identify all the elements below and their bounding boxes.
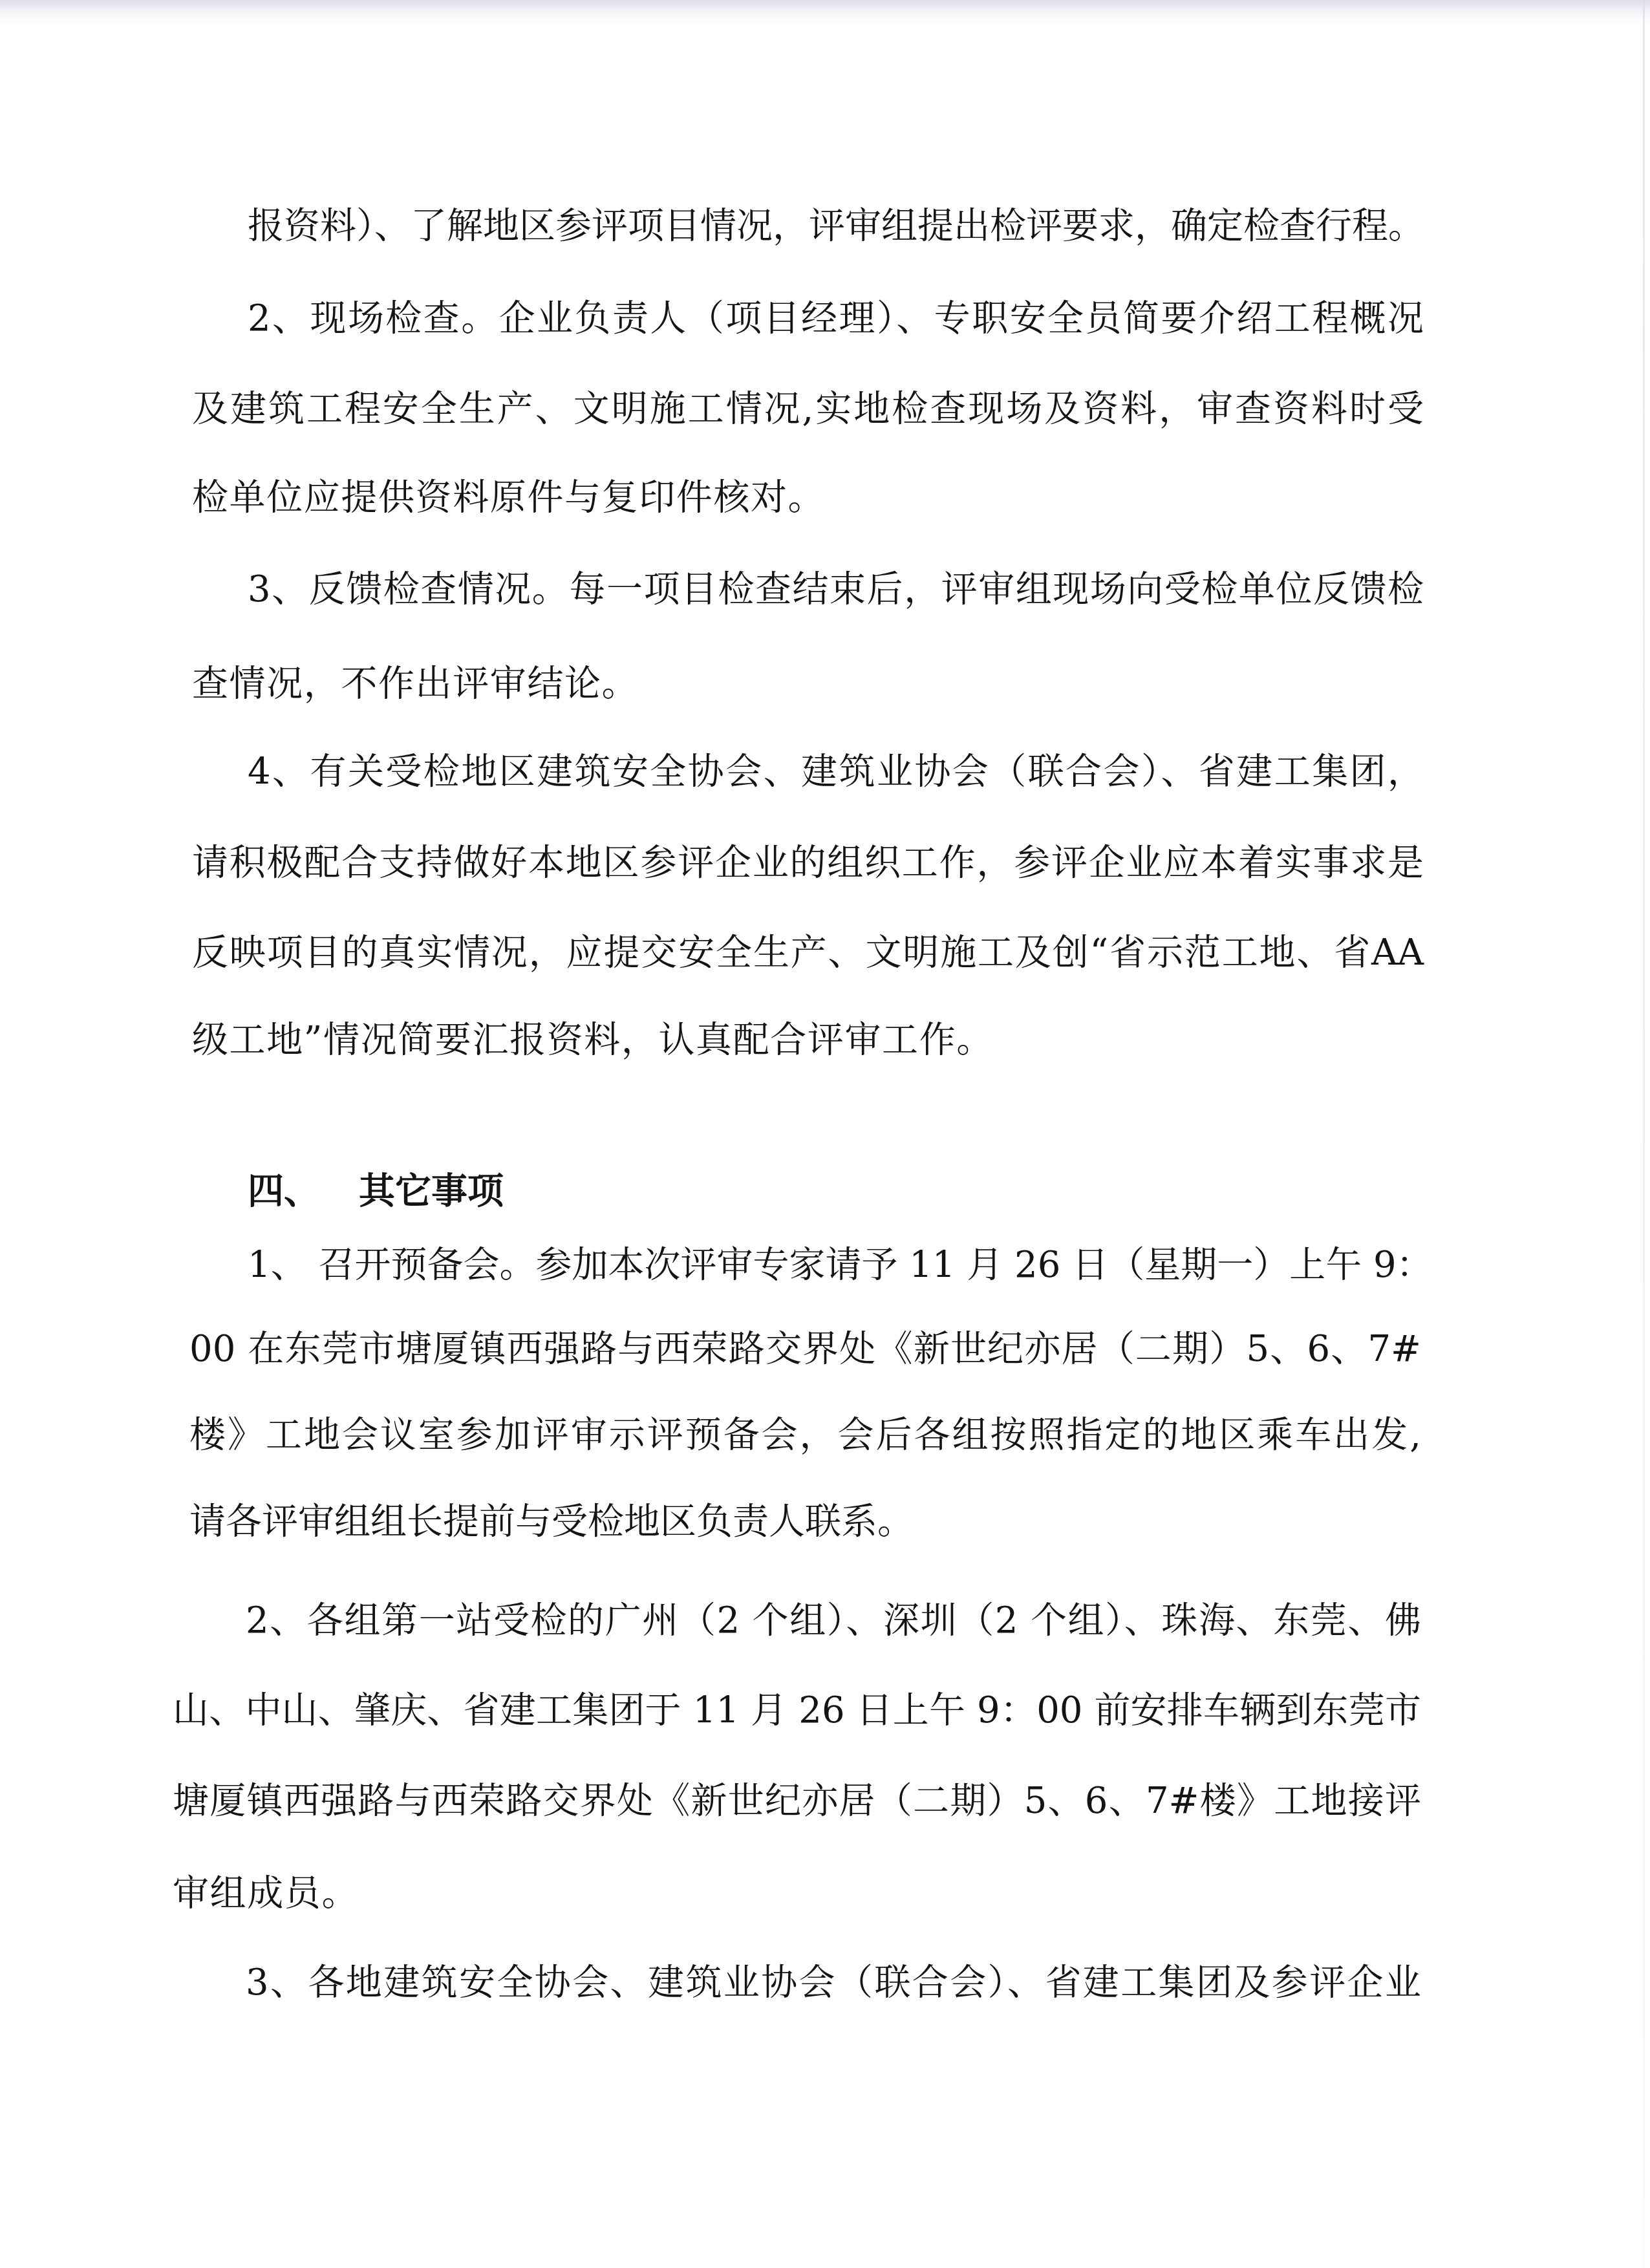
- section-heading: 四、其它事项: [248, 1170, 765, 1212]
- paragraph-line: 山、中山、肇庆、省建工集团于 11 月 26 日上午 9：00 前安排车辆到东莞…: [173, 1690, 1421, 1731]
- paragraph-line: 审组成员。: [173, 1873, 1421, 1914]
- paragraph-line: 反映项目的真实情况，应提交安全生产、文明施工及创“省示范工地、省AA: [192, 932, 1424, 974]
- paragraph-line: 4、有关受检地区建筑安全协会、建筑业协会（联合会）、省建工集团，: [248, 751, 1424, 793]
- document-page: 报资料）、了解地区参评项目情况，评审组提出检评要求，确定检查行程。 2、现场检查…: [0, 0, 1650, 2268]
- paragraph-line: 请积极配合支持做好本地区参评企业的组织工作，参评企业应本着实事求是: [192, 842, 1424, 884]
- paragraph-line: 2、现场检查。企业负责人（项目经理）、专职安全员简要介绍工程概况: [248, 298, 1424, 339]
- paragraph-line: 报资料）、了解地区参评项目情况，评审组提出检评要求，确定检查行程。: [248, 206, 1424, 247]
- section-heading-title: 其它事项: [359, 1170, 504, 1212]
- paragraph-line: 3、各地建筑安全协会、建筑业协会（联合会）、省建工集团及参评企业: [246, 1962, 1421, 2004]
- paragraph-line: 3、反馈检查情况。每一项目检查结束后，评审组现场向受检单位反馈检: [248, 569, 1424, 610]
- paragraph-line: 楼》工地会议室参加评审示评预备会，会后各组按照指定的地区乘车出发,: [189, 1415, 1421, 1456]
- paragraph-line: 检单位应提供资料原件与复印件核对。: [192, 477, 1424, 519]
- paragraph-line: 请各评审组组长提前与受检地区负责人联系。: [189, 1501, 1421, 1543]
- paragraph-line: 查情况，不作出评审结论。: [192, 663, 1424, 705]
- paragraph-line: 级工地”情况简要汇报资料，认真配合评审工作。: [192, 1020, 1424, 1061]
- section-heading-number: 四、: [248, 1170, 359, 1212]
- paragraph-line: 1、 召开预备会。参加本次评审专家请予 11 月 26 日（星期一）上午 9：: [248, 1245, 1421, 1286]
- paragraph-line: 00 在东莞市塘厦镇西强路与西荣路交界处《新世纪亦居（二期）5、6、7#: [189, 1329, 1421, 1370]
- paragraph-line: 2、各组第一站受检的广州（2 个组）、深圳（2 个组）、珠海、东莞、佛: [246, 1600, 1421, 1642]
- paragraph-line: 塘厦镇西强路与西荣路交界处《新世纪亦居（二期）5、6、7#楼》工地接评: [173, 1781, 1421, 1822]
- paragraph-line: 及建筑工程安全生产、文明施工情况,实地检查现场及资料，审查资料时受: [192, 389, 1424, 430]
